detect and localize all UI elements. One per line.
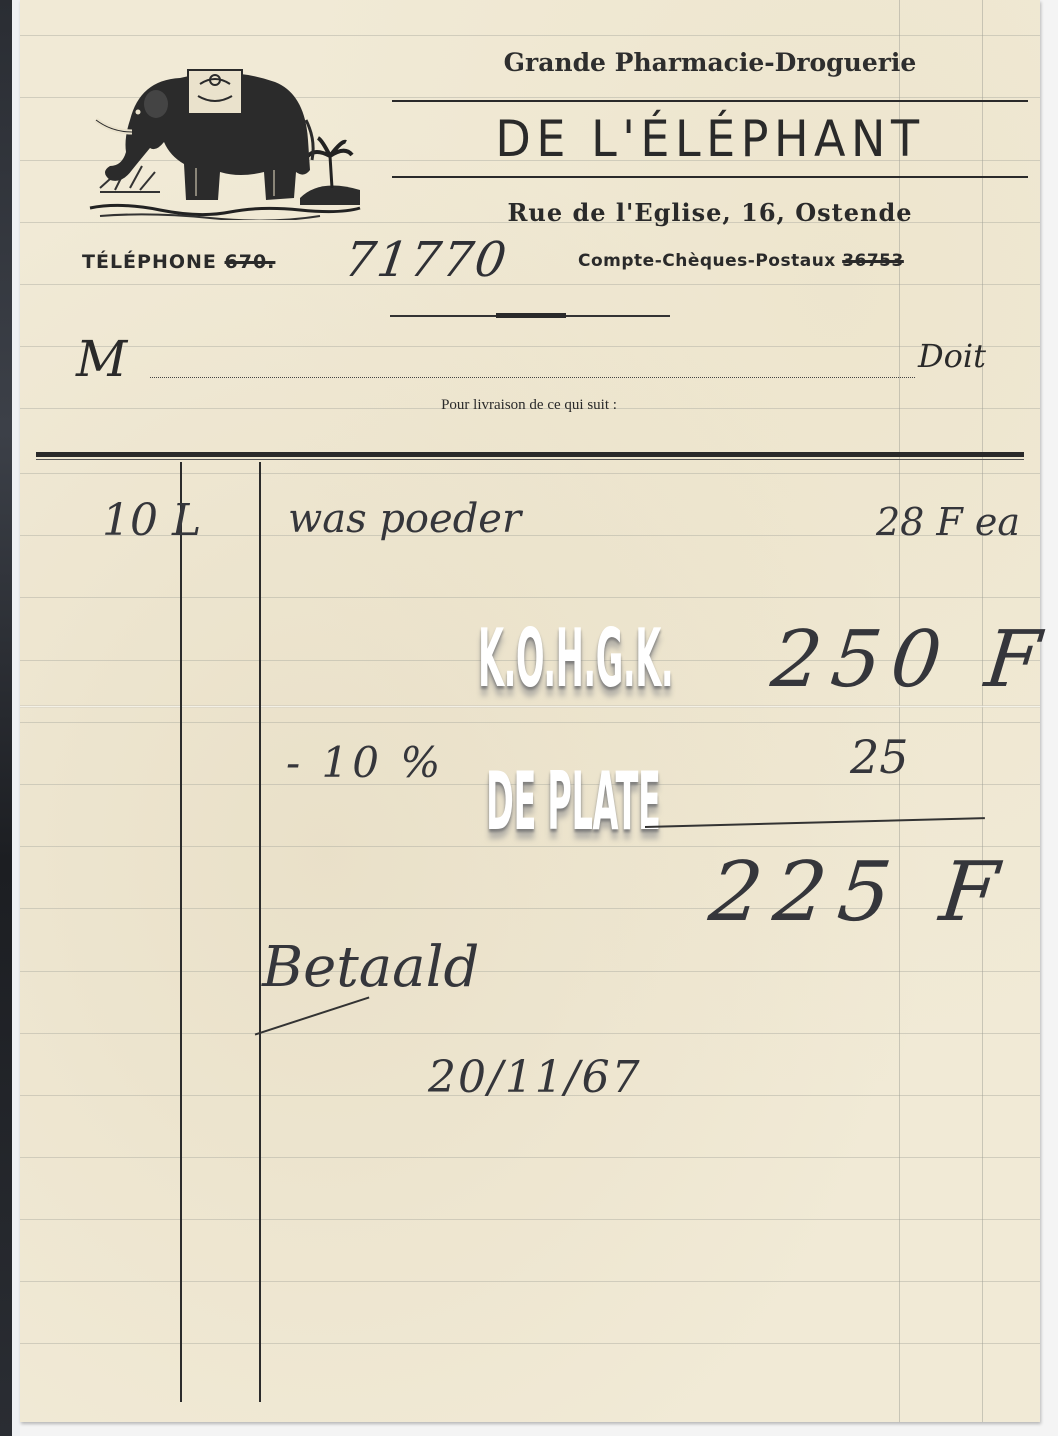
ruled-line — [20, 284, 1040, 285]
ruled-line — [20, 971, 1040, 972]
quantity-column-line — [180, 462, 182, 1402]
ornament-divider-left — [390, 315, 496, 317]
shop-address: Rue de l'Eglise, 16, Ostende — [392, 198, 1028, 227]
discount-label: - 10 % — [286, 738, 444, 787]
ruled-line — [20, 1033, 1040, 1034]
watermark-line-2: DE PLATE — [486, 755, 660, 848]
paid-signature: Betaald — [262, 935, 479, 1000]
discount-amount: 25 — [850, 730, 909, 784]
table-top-rule-thin — [36, 459, 1024, 460]
ruled-line — [20, 35, 1040, 36]
ruled-line — [20, 346, 1040, 347]
header-rule-top — [392, 100, 1028, 102]
telephone-label: TÉLÉPHONE — [82, 251, 217, 273]
shop-name: DE L'ÉLÉPHANT — [417, 110, 1002, 168]
header-rule-bottom — [392, 176, 1028, 178]
ornament-divider-right — [566, 315, 670, 317]
telephone-new-number-handwritten: 71770 — [341, 232, 512, 288]
ruled-line — [20, 1281, 1040, 1282]
delivery-caption: Pour livraison de ce qui suit : — [0, 397, 1058, 414]
subtotal-amount: 250 F — [767, 615, 1054, 705]
postal-account-number: 36753 — [842, 251, 904, 271]
description-column-line — [259, 462, 261, 1402]
shop-type: Grande Pharmacie-Droguerie — [390, 48, 1030, 77]
ruled-line — [20, 1219, 1040, 1220]
ruled-line — [20, 597, 1040, 598]
telephone-old-number: 670. — [225, 251, 276, 273]
paper-fold — [20, 705, 1040, 708]
postal-account-line: Compte-Chèques-Postaux 36753 — [578, 251, 904, 271]
ornament-divider-center — [496, 313, 566, 318]
table-top-rule-thick — [36, 452, 1024, 457]
line-item-description: was poeder — [288, 496, 521, 542]
owes-label: Doit — [918, 337, 986, 375]
scanner-edge-dark — [0, 0, 12, 1436]
elephant-engraving-icon — [60, 60, 365, 220]
line-item-unit-price: 28 F ea — [876, 500, 1020, 544]
watermark-line-1: K.O.H.G.K. — [478, 612, 673, 705]
ruled-line — [20, 1343, 1040, 1344]
postal-account-label: Compte-Chèques-Postaux — [578, 251, 836, 271]
scanner-edge-light — [12, 0, 20, 1436]
ruled-line — [20, 473, 1040, 474]
line-item-quantity: 10 L — [102, 495, 201, 546]
addressee-name-field — [150, 377, 915, 378]
ruled-line — [20, 722, 1040, 723]
telephone-line: TÉLÉPHONE 670. — [82, 251, 275, 273]
ruled-line — [20, 1157, 1040, 1158]
total-amount: 225 F — [705, 845, 1014, 940]
payment-date: 20/11/67 — [428, 1052, 642, 1103]
addressee-prefix: M — [76, 330, 127, 388]
